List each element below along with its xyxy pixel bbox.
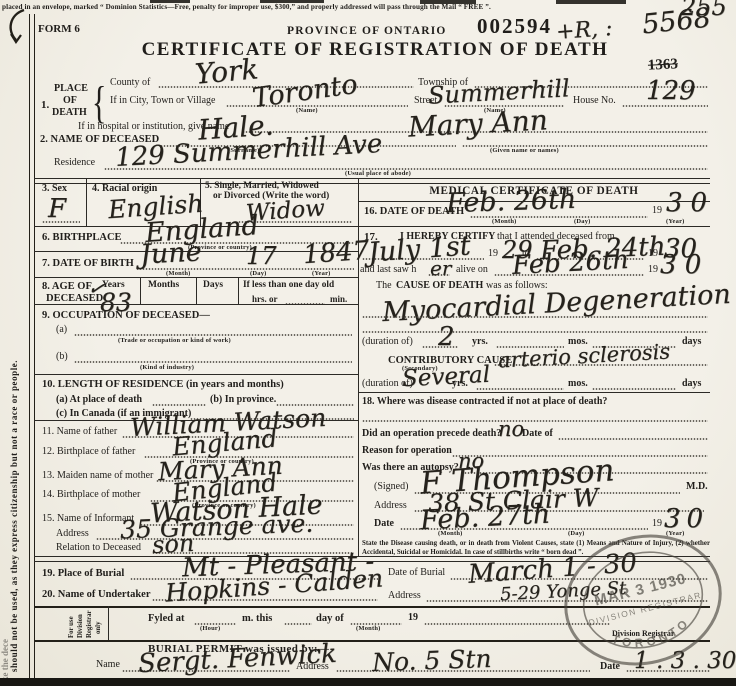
cell-divider [196,277,197,304]
operation-question-label: Did an operation precede death? [362,429,501,440]
given-name-value-handwritten: Mary Ann [407,106,548,141]
residence-a-label: (a) At place of death [56,395,142,406]
cell-divider [140,277,141,304]
cause-of-death-strong: CAUSE OF DEATH [396,281,483,292]
registration-serial-number: 002594 [477,15,552,37]
age-days-label: Days [203,281,223,291]
length-of-residence-label: 10. LENGTH OF RESIDENCE (in years and mo… [42,379,284,390]
mos2-label: mos. [568,379,588,390]
curved-arrow-icon [2,7,32,45]
death-year-value-handwritten: 30 [666,190,715,216]
margin-note-citizenship: should not be used, as they express citi… [9,360,19,672]
house-no-value-handwritten: 129 [646,78,696,104]
left-margin-rule [29,14,35,678]
yrs2-label: yrs. [452,379,468,390]
residence-sublabel: (Usual place of abode) [345,171,411,178]
place-of-death-label-1: PLACE [54,84,88,95]
alive-on-label: alive on [456,265,488,276]
father-birthplace-label: 12. Birthplace of father [42,447,135,458]
permit-name-label: Name [96,660,120,671]
occupation-a-sublabel: (Trade or occupation or kind of work) [118,338,231,345]
alive-on-value-handwritten: Feb 26th [511,247,629,279]
birth-day-handwritten: 17 [246,244,277,268]
cell-divider [238,277,239,304]
birth-month-handwritten: June [139,238,202,268]
certificate-date-label: Date [374,519,394,530]
date-of-birth-label: 7. DATE OF BIRTH [42,258,134,269]
mother-maiden-name-label: 13. Maiden name of mother [42,471,153,482]
alive-year-value-handwritten: 3 0 [660,252,701,278]
death-month-sublabel: (Month) [492,219,517,226]
md-label: M.D. [686,482,708,493]
q18-answer-line [362,420,708,422]
operation-date-label: Date of [522,429,553,440]
place-of-death-label-2: OF [63,96,77,107]
age-months-label: Months [148,281,179,291]
row-divider [34,374,358,375]
given-name-sublabel: (Given name or names) [490,148,559,155]
row-divider [34,304,358,305]
age-label-1: 8. AGE OF [42,281,92,292]
operation-date-line [558,438,708,440]
sex-label: 3. Sex [42,184,67,195]
age-infant-label: If less than one day old [243,281,334,291]
day-of-label: day of [316,613,344,624]
informant-address-label: Address [56,529,89,540]
struck-out-number: 1363 [648,57,679,74]
mother-birthplace-label: 14. Birthplace of mother [42,490,140,501]
cell-divider [86,178,87,226]
filed-month-sublabel: (Month) [356,626,381,633]
death-day-sublabel: (Day) [574,219,591,226]
reason-for-operation-label: Reason for operation [362,446,452,457]
residence-label: Residence [54,158,95,169]
duration-label: (duration of) [362,337,413,348]
cause-line-2 [362,331,708,333]
street-value-handwritten: Summerhill [427,76,570,107]
permit-address-value-handwritten: No. 5 Stn [372,646,492,675]
days-label: days [682,337,701,348]
city-town-village-label: If in City, Town or Village [110,96,215,107]
sex-line [42,221,80,223]
registrar-side-label-2: Division [77,614,84,638]
registrar-side-label-1: For use [68,616,75,638]
registrar-side-label-4: only [95,622,102,634]
house-no-label: House No. [573,96,616,107]
residence-a-line [152,404,206,406]
handwritten-number-5568: 5568 [641,4,712,38]
question-18: 18. Where was disease contracted if not … [362,397,607,408]
informant-address-value-handwritten: 35 Grange ave. [120,511,314,543]
m-this-label: m. this [242,613,272,624]
occupation-a-label: (a) [56,325,67,336]
relation-label: Relation to Deceased [56,543,141,554]
death-certificate-scan: placed in an envelope, marked “ Dominion… [0,0,736,686]
occupation-b-sublabel: (Kind of industry) [140,365,194,372]
registrar-side-label-3: Registrar [86,610,93,638]
physician-address-label: Address [374,501,407,512]
row-divider [358,392,710,393]
filed-at-label: Fyled at [148,613,184,624]
occupation-b-label: (b) [56,352,68,363]
gender-value-handwritten: er [430,258,451,278]
operation-answer-handwritten: no [498,419,524,440]
occupation-a-line [74,334,352,336]
duration-value-handwritten: 2 [438,324,455,350]
date-of-burial-label: Date of Burial [388,568,445,579]
filed-day-line [284,623,312,625]
undertaker-address-label: Address [388,591,421,602]
from-year-prefix: 19 [488,249,498,260]
days2-label: days [682,379,701,390]
filed-hour-sublabel: (Hour) [200,626,220,633]
row-divider [358,226,710,227]
sex-value-handwritten: F [48,196,66,222]
certificate-title: CERTIFICATE OF REGISTRATION OF DEATH [110,40,640,60]
county-label: County of [110,78,150,89]
registrar-box-divider [108,606,109,640]
place-of-burial-label: 19. Place of Burial [42,568,124,579]
place-of-death-label-3: DEATH [52,108,87,119]
scan-artifact [556,0,626,4]
attended-from-value-handwritten: July 1st [367,232,471,266]
father-name-label: 11. Name of father [42,427,117,438]
birthplace-label: 6. BIRTHPLACE [42,232,122,243]
column-divider [358,178,359,556]
date-of-death-value-handwritten: Feb. 26th [446,186,577,218]
last-saw-label: and last saw h [360,265,416,276]
province-heading: PROVINCE OF ONTARIO [287,25,447,37]
residence-b-label: (b) In province. [210,395,276,406]
undertaker-label: 20. Name of Undertaker [42,589,150,600]
form-number: FORM 6 [38,24,80,36]
mos2-line [592,388,676,390]
mailing-instruction-note: placed in an envelope, marked “ Dominion… [2,4,491,12]
death-year-prefix: 19 [652,206,662,217]
yrs2-line [476,388,564,390]
yrs-label: yrs. [472,337,488,348]
cause-line-1 [362,316,708,318]
cause-of-death-pre: The [376,281,392,292]
occupation-b-line [74,361,352,363]
alive-year-prefix: 19 [648,265,658,276]
to-year-prefix: 19 [648,249,658,260]
item1-number: 1. [41,100,49,112]
occupation-label: 9. OCCUPATION OF DECEASED— [42,310,210,321]
death-year-sublabel: (Year) [666,219,685,226]
filed-year-prefix: 19 [408,613,418,624]
signed-label: (Signed) [374,482,408,493]
permit-address-label: Address [296,662,329,673]
division-registrar-stamp: MAR 3 1930 DIVISION REGISTRAR TORONTO [548,520,736,686]
certificate-month-sublabel: (Month) [438,531,463,538]
city-name-sublabel: (Name) [296,108,318,115]
